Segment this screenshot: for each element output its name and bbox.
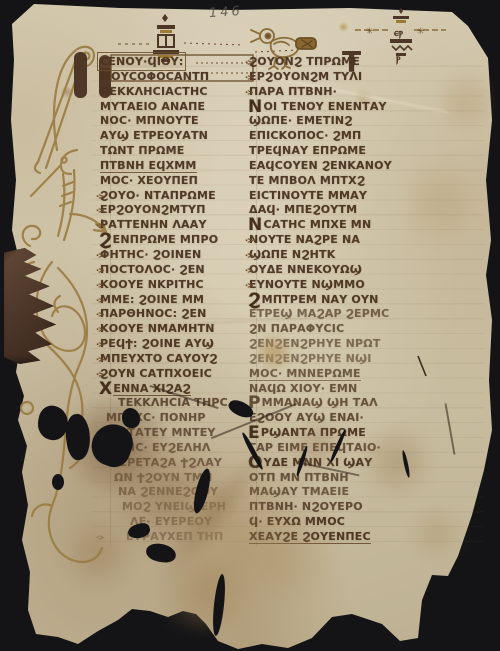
text-line: ΝΑϤΩ ΧΙΟΥ· ΕΜΝ (262, 382, 488, 397)
line-text: ΕΝΠΡΩΜΕ ΜΠΡΟ (113, 233, 219, 246)
line-text: ΕΑϤCΟΥΕΝ ϨΕΝΚΑΝΟΥ (249, 159, 392, 172)
line-text: Ϥ· ΕΥΧΩ ΜΜΟC (249, 515, 345, 528)
line-text: ΝΕΡΕΤΑϨΑ ϮϨΛΑΥ (110, 456, 222, 469)
text-line: Ϥ· ΕΥΧΩ ΜΜΟC (262, 515, 488, 530)
line-text: ΕΠΙCΚΟΠΟC· ϨΜΠ (249, 129, 361, 142)
text-line: ϨΝ ΠΑΡΑΦΥCΙC (262, 322, 488, 337)
line-text: ΠΟCΤΟΛΟC· ϨΕΝ (100, 263, 205, 276)
diple-mark: ·> (96, 249, 104, 264)
line-text: ΝΟC· ΜΠΝΟΥΤΕ (100, 114, 199, 127)
line-text: ΧΕΑΥϨΕ ϨΟΥΕΝΠΕC (249, 530, 371, 544)
line-text: ΡϢΑΝΤΑ ΠΡΩΜΕ (261, 426, 366, 439)
text-line: ·>ϢΩΠΕ ΝϨΗΤΚ (262, 248, 488, 263)
line-text: ΠΤΒΝΗ ΕϤΧΜΜ (100, 159, 197, 173)
text-line: ·>ΜΠΕΥΧΤΟ CΑΥΟΥϨ (113, 352, 263, 367)
text-line: ΤΡΕϤΝΑΥ ΕΠΡΩΜΕ (262, 144, 488, 159)
line-text: ΠΕΚΚΛΗCΙΑCΤΗC (100, 85, 208, 98)
line-text: ΡΕϤϮ: ϨΟΙΝΕ ΑΥϢ (100, 337, 214, 350)
line-text: ϨΝ ΠΑΡΑΦΥCΙC (249, 322, 344, 335)
text-line: ·>ΜΜΕ: ϨΟΙΝΕ ΜΜ (113, 293, 263, 308)
line-text: ΩΝ ϮϨΟΥΝ ΤΜΗ (114, 471, 212, 484)
text-line: CΕΝΟΥ·ϤΙΟΥ: (113, 55, 263, 70)
text-line: ϨΕΝϨΕΝϨΡΗΥΕ ΝΡΩΤ (262, 337, 488, 352)
line-text: ΚΟΟΥΕ ΝΚΡΙΤΗC (100, 278, 204, 291)
text-line: ΟΤΠ ΜΝ ΠΤΒΝΗ (262, 471, 488, 486)
folio-number: 146 (209, 4, 244, 21)
line-text: ΤΩΝΤ ΠΡΩΜΕ (100, 144, 184, 157)
line-text: ΜΑϢΑΥ ΤΜΑΕΙΕ (249, 485, 349, 498)
line-text: ΟΙ ΤΕΝΟΥ ΕΝΕΝΤΑΥ (263, 100, 386, 113)
line-text: ΚΑΤΑΤΕΥ ΜΝΤΕΥ (110, 426, 216, 439)
right-text-column: ·>ϨΟΥΟΝϨ ΤΠΡΩΜΕ ·>ΕΡϨΟΥΟΝϨΜ ΤΥΛΙ ·>ΠΑΡΑ … (262, 55, 488, 545)
diple-mark: ·> (245, 264, 253, 279)
text-line: ΧΕΝΝΑ ΧΙϨΑϨ (113, 382, 263, 397)
text-line: ΕΙCΤΙΝΟΥΤΕ ΜΜΑΥ (262, 189, 488, 204)
line-text: ΕΤΡΕϢ ΜΑϨΑΡ ϨΕΡΜC (249, 307, 389, 320)
line-text: ΜΟϨ ΥΝΕΙϢ ΕΡΗ (122, 500, 226, 513)
diple-mark: ·> (96, 353, 104, 368)
line-text: ΚΟΟΥΕ ΝΜΑΜΗΤΝ (100, 322, 215, 335)
text-line: ·>ΠΑΡΘΗΝΟC: ϨΕΝ (113, 307, 263, 322)
text-line: ΝCΑΤΗC ΜΠΧΕ ΜΝ (262, 218, 488, 233)
line-text: ΜΠΤΡΕΜ ΝΑΥ ΟΥΝ (262, 293, 379, 306)
line-text: ΠΑΡΑ ΠΤΒΝΗ· (249, 85, 337, 98)
text-line: ΡΜΜΑΝΑϢ ϢΗ ΤΑΛ (262, 396, 488, 411)
text-line: ΠΕΚΚΛΗCΙΑCΤΗC (113, 85, 263, 100)
text-line: ΟΥΔΕ ΜΝΝ ΧΙ ϢΑΥ (262, 456, 488, 471)
text-line: ·>ΠΑΡΑ ΠΤΒΝΗ· (262, 85, 488, 100)
diple-mark: ·> (96, 190, 104, 205)
text-line: ΩΝ ϮϨΟΥΝ ΤΜΗ (113, 471, 263, 486)
line-text: ΕΥΡΑΥΧΕΠ ΤΗΠ (126, 530, 223, 543)
text-line: ΕΤΡΕϢ ΜΑϨΑΡ ϨΕΡΜC (262, 307, 488, 322)
text-line: ΜΠΕΧC· ΠΟΝΗΡ (113, 411, 263, 426)
text-line: ΝΑ ϨΕΝΝΕϨΟΟΥ (113, 485, 263, 500)
text-line: ϢΩΠΕ· ΕΜΕΤΙΝϨ (262, 114, 488, 129)
diple-mark: ·> (96, 279, 104, 294)
text-line: ΝΕΡΕΤΑϨΑ ϮϨΛΑΥ (113, 456, 263, 471)
text-line: ·>ΦΗΤΗC· ϨΟΙΝΕΝ (113, 248, 263, 263)
text-line: ΠΤΒΝΗ· ΝϨΟΥΕΡΟ (262, 500, 488, 515)
line-text: ΕΝΝΑ ΧΙϨΑϨ (113, 382, 191, 396)
line-text: ΜΠΕΧC· ΠΟΝΗΡ (106, 411, 206, 424)
line-text: ΜΠΕΥΧΤΟ CΑΥΟΥϨ (100, 352, 218, 365)
text-line: ·>ΠΟCΤΟΛΟC· ϨΕΝ (113, 263, 263, 278)
line-text: ΤΡΕϤΝΑΥ ΕΠΡΩΜΕ (249, 144, 366, 157)
line-text: ΔΑϤ· ΜΠΕϨΟΥΤΜ (249, 203, 357, 216)
text-line: ·>ϨΟΥΟ· ΝΤΑΠΡΩΜΕ (113, 189, 263, 204)
diple-mark: ·> (96, 204, 104, 219)
text-line: ΑΥϢ ΕΤΡΕΟΥΑΤΝ (113, 129, 263, 144)
line-initial: Χ (99, 379, 112, 399)
line-text: ΕΙCΤΙΝΟΥΤΕ ΜΜΑΥ (249, 189, 367, 202)
line-text: ΠΑΡΘΗΝΟC: ϨΕΝ (100, 307, 207, 320)
diple-mark: ·> (245, 234, 253, 249)
line-text: ΟΤΠ ΜΝ ΠΤΒΝΗ (249, 471, 349, 484)
diple-mark: ·> (245, 56, 253, 71)
diple-mark: ·> (96, 323, 104, 338)
diple-mark: ·> (96, 308, 104, 323)
text-line: ·>ϨΟΥΟΝϨ ΤΠΡΩΜΕ (262, 55, 488, 70)
text-line: ·>ϨΟΥΝ CΑΤΠΧΟΕΙC (113, 367, 263, 382)
text-line: ΤΩΝΤ ΠΡΩΜΕ (113, 144, 263, 159)
diple-mark: ·> (96, 264, 104, 279)
line-text: ΝΑ ϨΕΝΝΕϨΟΟΥ (118, 485, 218, 498)
text-line: ΜΟϨ ΥΝΕΙϢ ΕΡΗ (113, 500, 263, 515)
text-line: ·>ΡΕϤϮ: ϨΟΙΝΕ ΑΥϢ (113, 337, 263, 352)
text-line: ΕΑϤCΟΥΕΝ ϨΕΝΚΑΝΟΥ (262, 159, 488, 174)
line-text: ΕΡϨΟΥΟΝϨΜ ΤΥΛΙ (249, 70, 362, 83)
line-text: ϨΟΥΝ CΑΤΠΧΟΕΙC (100, 367, 212, 380)
line-text: ΜΟC· ΧΕΟΥΠΕΠ (100, 174, 198, 187)
diple-mark: ·> (245, 249, 253, 264)
text-line: ΕϨΟΟΥ ΑΥϢ ΕΝΑΙ· (262, 411, 488, 426)
line-text: ΕϨΟΟΥ ΑΥϢ ΕΝΑΙ· (249, 411, 364, 424)
text-line: ·>ΚΟΟΥΕ ΝΜΑΜΗΤΝ (113, 322, 263, 337)
text-line: ϨΜΠΤΡΕΜ ΝΑΥ ΟΥΝ (262, 293, 488, 308)
left-text-column: CΕΝΟΥ·ϤΙΟΥ: ΜΟΥCΟΦΟCΑΝΤΠ ΠΕΚΚΛΗCΙΑCΤΗC Μ… (113, 55, 263, 545)
text-line: ΜΥΤΑΕΙΟ ΑΝΑΠΕ (113, 100, 263, 115)
line-text: ΜΜΑΝΑϢ ϢΗ ΤΑΛ (262, 396, 378, 409)
text-line: ΤΕΚΚΛΗCΙΑ ΤΗΡC (113, 396, 263, 411)
text-line: ·>ΕΡϨΟΥΟΝϨΜΤΥΠ (113, 203, 263, 218)
line-text: ΜΟC· ΜΝΝΕΡΩΜΕ (249, 367, 361, 381)
line-text: ϨΕΝϨΕΝϨΡΗΥΕ ΝΡΩΤ (249, 337, 381, 350)
text-line: ΕΠΙCΚΟΠΟC· ϨΜΠ (262, 129, 488, 144)
line-text: ΝΟΥΤΕ ΝΑϨΡΕ ΝΑ (249, 233, 360, 246)
text-line: ΠΤΒΝΗ ΕϤΧΜΜ (113, 159, 263, 174)
line-text: ΜΟΥCΟΦΟCΑΝΤΠ (100, 70, 209, 83)
diple-mark: ·> (96, 338, 104, 353)
line-text: ΡΑΤΤΕΝΗΝ ΛΑΑΥ (100, 218, 207, 231)
text-line: ΤΕ ΜΠΒΟΛ ΜΠΤΧϨ (262, 174, 488, 189)
line-text: ΥΔΕ ΜΝΝ ΧΙ ϢΑΥ (264, 456, 373, 469)
text-line: ·>ΟΥΔΕ ΝΝΕΚΟΥΩϢ (262, 263, 488, 278)
manuscript-photo: ⲉⲣ ✳ ✳ ⲣ Τ 146 CΕΝΟΥ·ϤΙΟΥ: ΜΟΥCΟΦΟCΑΝΤΠ … (0, 0, 500, 651)
line-text: ϨΕΝϨΕΝϨΡΗΥΕ ΝϢΙ (249, 352, 372, 365)
text-line: ·>ΚΟΟΥΕ ΝΚΡΙΤΗC (113, 278, 263, 293)
diple-mark: ·> (96, 294, 104, 309)
line-text: ΑΥϢ ΕΤΡΕΟΥΑΤΝ (100, 129, 208, 142)
text-line: ΓΑΡ ΕΙΜΕ ΕΠΕϤΤΑΙΟ· (262, 441, 488, 456)
line-text: ϢΩΠΕ ΝϨΗΤΚ (249, 248, 335, 261)
text-line: ΜΟΥCΟΦΟCΑΝΤΠ (113, 70, 263, 85)
diple-mark: ·> (96, 531, 104, 546)
line-text: ΟΥΔΕ ΝΝΕΚΟΥΩϢ (249, 263, 362, 276)
line-text: ΤΕΚΚΛΗCΙΑ ΤΗΡC (118, 396, 228, 409)
text-line: ·>ΕΥΡΑΥΧΕΠ ΤΗΠ (113, 530, 263, 545)
line-text: ΝΑϤΩ ΧΙΟΥ· ΕΜΝ (249, 382, 357, 395)
line-text: ΓΑΡ ΕΙΜΕ ΕΠΕϤΤΑΙΟ· (249, 441, 381, 454)
line-text: ΤΕ ΜΠΒΟΛ ΜΠΤΧϨ (249, 174, 365, 187)
text-line: ·>ΡΑΤΤΕΝΗΝ ΛΑΑΥ (113, 218, 263, 233)
diple-mark: ·> (245, 71, 253, 86)
text-line: ΕΡϢΑΝΤΑ ΠΡΩΜΕ (262, 426, 488, 441)
text-line: ΚΑΤΑΤΕΥ ΜΝΤΕΥ (113, 426, 263, 441)
text-line: ΧΕΑΥϨΕ ϨΟΥΕΝΠΕC (262, 530, 488, 545)
line-text: ϨΟΥΟ· ΝΤΑΠΡΩΜΕ (100, 189, 216, 202)
line-text: ΜΥΤΑΕΙΟ ΑΝΑΠΕ (100, 100, 205, 113)
line-text: ΡΑΙC· ΕΥϨΕΛΗΛ (114, 441, 211, 454)
text-line: ΜΑϢΑΥ ΤΜΑΕΙΕ (262, 485, 488, 500)
line-text: ΠΤΒΝΗ· ΝϨΟΥΕΡΟ (249, 500, 363, 513)
text-line: ·>ΝΟΥΤΕ ΝΑϨΡΕ ΝΑ (262, 233, 488, 248)
line-text: ϢΩΠΕ· ΕΜΕΤΙΝϨ (249, 114, 353, 127)
text-line: ΜΟC· ΜΝΝΕΡΩΜΕ (262, 367, 488, 382)
text-line: ΡΑΙC· ΕΥϨΕΛΗΛ (113, 441, 263, 456)
line-text: ϨΟΥΟΝϨ ΤΠΡΩΜΕ (249, 55, 360, 68)
text-line: ΝΟΙ ΤΕΝΟΥ ΕΝΕΝΤΑΥ (262, 100, 488, 115)
text-line: ΜΟC· ΧΕΟΥΠΕΠ (113, 174, 263, 189)
line-text: ΦΗΤΗC· ϨΟΙΝΕΝ (100, 248, 201, 261)
line-text: ΜΜΕ: ϨΟΙΝΕ ΜΜ (100, 293, 204, 306)
line-text: CΑΤΗC ΜΠΧΕ ΜΝ (263, 218, 371, 231)
text-line: ·>ΕΥΝΟΥΤΕ ΝϢΜΜΟ (262, 278, 488, 293)
text-line: ΔΑϤ· ΜΠΕϨΟΥΤΜ (262, 203, 488, 218)
text-line: ϨΕΝΠΡΩΜΕ ΜΠΡΟ (113, 233, 263, 248)
text-line: ϨΕΝϨΕΝϨΡΗΥΕ ΝϢΙ (262, 352, 488, 367)
line-text: ΕΡϨΟΥΟΝϨΜΤΥΠ (100, 203, 206, 216)
text-line: ΝΟC· ΜΠΝΟΥΤΕ (113, 114, 263, 129)
line-text: ΛΕ· ΕΥΕΡΕΟΥ (130, 515, 212, 528)
text-line: ·>ΕΡϨΟΥΟΝϨΜ ΤΥΛΙ (262, 70, 488, 85)
line-text: CΕΝΟΥ·ϤΙΟΥ: (100, 55, 183, 68)
text-line: ΛΕ· ΕΥΕΡΕΟΥ (113, 515, 263, 530)
line-text: ΕΥΝΟΥΤΕ ΝϢΜΜΟ (249, 278, 365, 291)
